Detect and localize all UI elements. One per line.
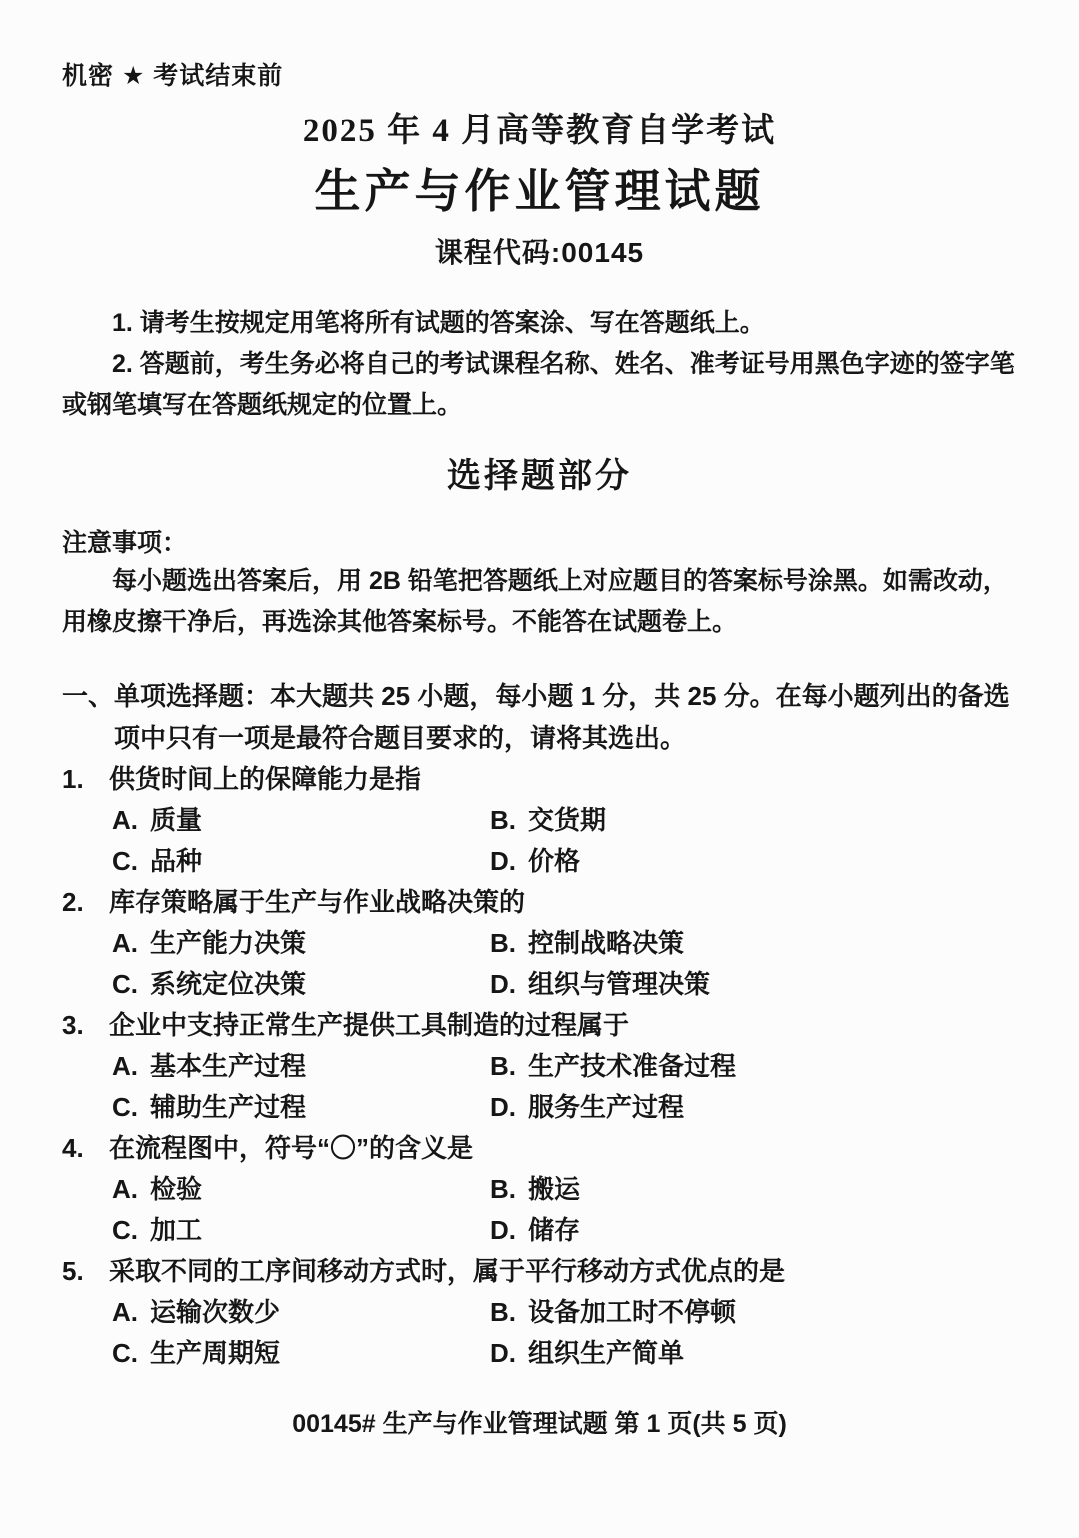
- question-2: 2. 库存策略属于生产与作业战略决策的 A.生产能力决策 B.控制战略决策 C.…: [62, 882, 1017, 1005]
- option-a: A.质量: [112, 800, 490, 841]
- option-a: A.运输次数少: [112, 1292, 490, 1333]
- option-label: A.: [112, 923, 138, 964]
- instruction-1: 1. 请考生按规定用笔将所有试题的答案涂、写在答题纸上。: [62, 303, 1017, 344]
- option-text: 储存: [528, 1210, 580, 1251]
- option-label: B.: [490, 923, 516, 964]
- option-label: C.: [112, 964, 138, 1005]
- option-b: B.搬运: [490, 1169, 1017, 1210]
- option-a: A.检验: [112, 1169, 490, 1210]
- course-code: 课程代码:00145: [62, 231, 1017, 271]
- option-text: 生产技术准备过程: [528, 1046, 736, 1087]
- option-text: 检验: [150, 1169, 202, 1210]
- option-b: B.生产技术准备过程: [490, 1046, 1017, 1087]
- option-row: A.基本生产过程 B.生产技术准备过程 C.辅助生产过程 D.服务生产过程: [62, 1046, 1017, 1128]
- option-label: A.: [112, 800, 138, 841]
- option-b: B.设备加工时不停顿: [490, 1292, 1017, 1333]
- question-stem: 1. 供货时间上的保障能力是指: [62, 759, 1017, 800]
- option-d: D.储存: [490, 1210, 1017, 1251]
- option-c: C.加工: [112, 1210, 490, 1251]
- option-text: 基本生产过程: [150, 1046, 306, 1087]
- option-text: 辅助生产过程: [150, 1087, 306, 1128]
- option-a: A.基本生产过程: [112, 1046, 490, 1087]
- exam-paper-page: 机密 ★ 考试结束前 2025 年 4 月高等教育自学考试 生产与作业管理试题 …: [0, 0, 1079, 1538]
- question-5: 5. 采取不同的工序间移动方式时，属于平行移动方式优点的是 A.运输次数少 B.…: [62, 1251, 1017, 1374]
- instruction-2: 2. 答题前，考生务必将自己的考试课程名称、姓名、准考证号用黑色字迹的签字笔或钢…: [62, 344, 1017, 426]
- option-row: A.运输次数少 B.设备加工时不停顿 C.生产周期短 D.组织生产简单: [62, 1292, 1017, 1374]
- option-text: 服务生产过程: [528, 1087, 684, 1128]
- question-1: 1. 供货时间上的保障能力是指 A.质量 B.交货期 C.品种 D.价格: [62, 759, 1017, 882]
- question-number: 5.: [62, 1251, 109, 1292]
- option-text: 设备加工时不停顿: [528, 1292, 736, 1333]
- option-text: 价格: [528, 841, 580, 882]
- question-4: 4. 在流程图中，符号“〇”的含义是 A.检验 B.搬运 C.加工 D.储存: [62, 1128, 1017, 1251]
- notes-heading: 注意事项：: [62, 523, 1017, 559]
- page-footer: 00145# 生产与作业管理试题 第 1 页(共 5 页): [0, 1404, 1079, 1440]
- option-label: A.: [112, 1046, 138, 1087]
- question-number: 1.: [62, 759, 109, 800]
- option-text: 搬运: [528, 1169, 580, 1210]
- option-label: D.: [490, 1210, 516, 1251]
- option-label: C.: [112, 1333, 138, 1374]
- option-c: C.品种: [112, 841, 490, 882]
- question-text: 在流程图中，符号“〇”的含义是: [109, 1128, 1017, 1169]
- classification-banner: 机密 ★ 考试结束前: [62, 56, 1017, 92]
- option-c: C.系统定位决策: [112, 964, 490, 1005]
- option-row: A.质量 B.交货期 C.品种 D.价格: [62, 800, 1017, 882]
- question-stem: 2. 库存策略属于生产与作业战略决策的: [62, 882, 1017, 923]
- option-label: B.: [490, 800, 516, 841]
- option-d: D.服务生产过程: [490, 1087, 1017, 1128]
- option-label: C.: [112, 841, 138, 882]
- option-d: D.价格: [490, 841, 1017, 882]
- exam-title: 生产与作业管理试题: [62, 155, 1017, 221]
- question-text: 供货时间上的保障能力是指: [109, 759, 1017, 800]
- question-text: 库存策略属于生产与作业战略决策的: [109, 882, 1017, 923]
- option-label: C.: [112, 1087, 138, 1128]
- section-title: 选择题部分: [62, 448, 1017, 497]
- option-b: B.交货期: [490, 800, 1017, 841]
- option-label: B.: [490, 1046, 516, 1087]
- notes-body: 每小题选出答案后，用 2B 铅笔把答题纸上对应题目的答案标号涂黑。如需改动，用橡…: [62, 561, 1017, 643]
- option-text: 系统定位决策: [150, 964, 306, 1005]
- option-text: 组织与管理决策: [528, 964, 710, 1005]
- option-d: D.组织生产简单: [490, 1333, 1017, 1374]
- option-text: 质量: [150, 800, 202, 841]
- option-c: C.生产周期短: [112, 1333, 490, 1374]
- question-number: 3.: [62, 1005, 109, 1046]
- question-number: 2.: [62, 882, 109, 923]
- question-text: 企业中支持正常生产提供工具制造的过程属于: [109, 1005, 1017, 1046]
- option-label: D.: [490, 1087, 516, 1128]
- question-3: 3. 企业中支持正常生产提供工具制造的过程属于 A.基本生产过程 B.生产技术准…: [62, 1005, 1017, 1128]
- option-label: B.: [490, 1292, 516, 1333]
- option-text: 生产周期短: [150, 1333, 280, 1374]
- option-label: A.: [112, 1169, 138, 1210]
- option-label: D.: [490, 1333, 516, 1374]
- part-one-heading: 一、单项选择题：本大题共 25 小题，每小题 1 分，共 25 分。在每小题列出…: [62, 675, 1017, 759]
- option-text: 控制战略决策: [528, 923, 684, 964]
- option-label: D.: [490, 964, 516, 1005]
- option-text: 生产能力决策: [150, 923, 306, 964]
- option-text: 品种: [150, 841, 202, 882]
- exam-session-title: 2025 年 4 月高等教育自学考试: [62, 104, 1017, 151]
- option-label: B.: [490, 1169, 516, 1210]
- question-stem: 4. 在流程图中，符号“〇”的含义是: [62, 1128, 1017, 1169]
- option-label: D.: [490, 841, 516, 882]
- question-list: 1. 供货时间上的保障能力是指 A.质量 B.交货期 C.品种 D.价格 2. …: [62, 759, 1017, 1374]
- option-label: C.: [112, 1210, 138, 1251]
- option-row: A.生产能力决策 B.控制战略决策 C.系统定位决策 D.组织与管理决策: [62, 923, 1017, 1005]
- question-stem: 5. 采取不同的工序间移动方式时，属于平行移动方式优点的是: [62, 1251, 1017, 1292]
- option-text: 组织生产简单: [528, 1333, 684, 1374]
- option-text: 交货期: [528, 800, 606, 841]
- option-row: A.检验 B.搬运 C.加工 D.储存: [62, 1169, 1017, 1251]
- option-b: B.控制战略决策: [490, 923, 1017, 964]
- question-stem: 3. 企业中支持正常生产提供工具制造的过程属于: [62, 1005, 1017, 1046]
- option-d: D.组织与管理决策: [490, 964, 1017, 1005]
- option-a: A.生产能力决策: [112, 923, 490, 964]
- option-label: A.: [112, 1292, 138, 1333]
- option-text: 运输次数少: [150, 1292, 280, 1333]
- question-number: 4.: [62, 1128, 109, 1169]
- question-text: 采取不同的工序间移动方式时，属于平行移动方式优点的是: [109, 1251, 1017, 1292]
- option-c: C.辅助生产过程: [112, 1087, 490, 1128]
- option-text: 加工: [150, 1210, 202, 1251]
